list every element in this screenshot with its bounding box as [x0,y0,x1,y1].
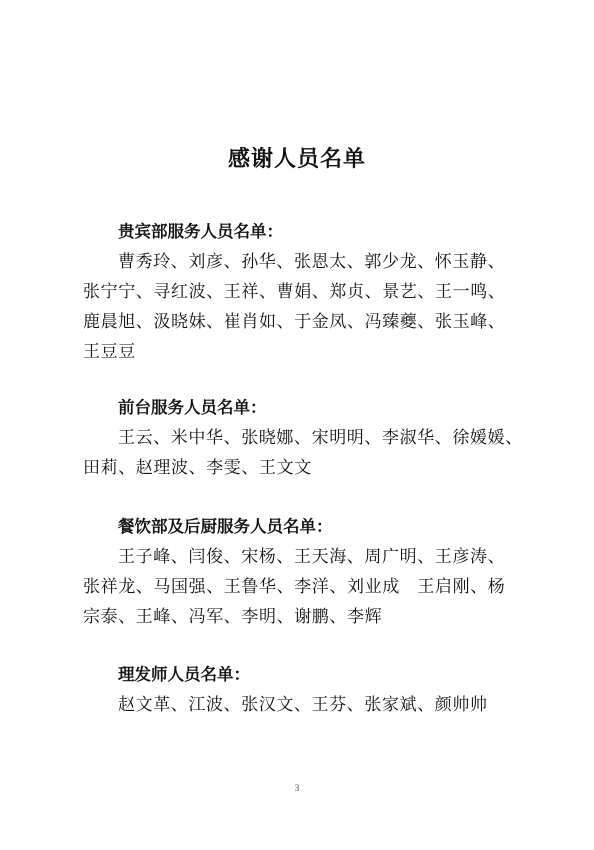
name-line: 赵文革、江波、张汉文、王芬、张家斌、颜帅帅 [83,690,513,720]
section-vip-staff: 贵宾部服务人员名单： 曹秀玲、刘彦、孙华、张恩太、郭少龙、怀玉静、 张宁宁、寻红… [83,217,513,367]
name-line: 张祥龙、马国强、王鲁华、李洋、刘业成 王启刚、杨 [83,572,513,602]
document-page: 感谢人员名单 贵宾部服务人员名单： 曹秀玲、刘彦、孙华、张恩太、郭少龙、怀玉静、… [0,0,594,850]
page-number: 3 [0,783,594,793]
name-line: 田莉、赵理波、李雯、王文文 [83,453,513,483]
name-line: 张宁宁、寻红波、王祥、曹娟、郑贞、景艺、王一鸣、 [83,277,513,307]
name-line: 鹿晨旭、汲晓妹、崔肖如、于金凤、冯臻夔、张玉峰、 [83,307,513,337]
name-line: 曹秀玲、刘彦、孙华、张恩太、郭少龙、怀玉静、 [83,247,513,277]
name-line: 王云、米中华、张晓娜、宋明明、李淑华、徐媛媛、 [83,423,513,453]
page-title: 感谢人员名单 [0,142,594,173]
section-heading: 前台服务人员名单： [83,393,513,423]
section-catering-kitchen-staff: 餐饮部及后厨服务人员名单： 王子峰、闫俊、宋杨、王天海、周广明、王彦涛、 张祥龙… [83,512,513,632]
name-line: 宗泰、王峰、冯军、李明、谢鹏、李辉 [83,602,513,632]
section-heading: 餐饮部及后厨服务人员名单： [83,512,513,542]
section-front-desk-staff: 前台服务人员名单： 王云、米中华、张晓娜、宋明明、李淑华、徐媛媛、 田莉、赵理波… [83,393,513,483]
section-heading: 理发师人员名单： [83,660,513,690]
section-heading: 贵宾部服务人员名单： [83,217,513,247]
name-line: 王子峰、闫俊、宋杨、王天海、周广明、王彦涛、 [83,542,513,572]
section-barber-staff: 理发师人员名单： 赵文革、江波、张汉文、王芬、张家斌、颜帅帅 [83,660,513,720]
name-line: 王豆豆 [83,337,513,367]
